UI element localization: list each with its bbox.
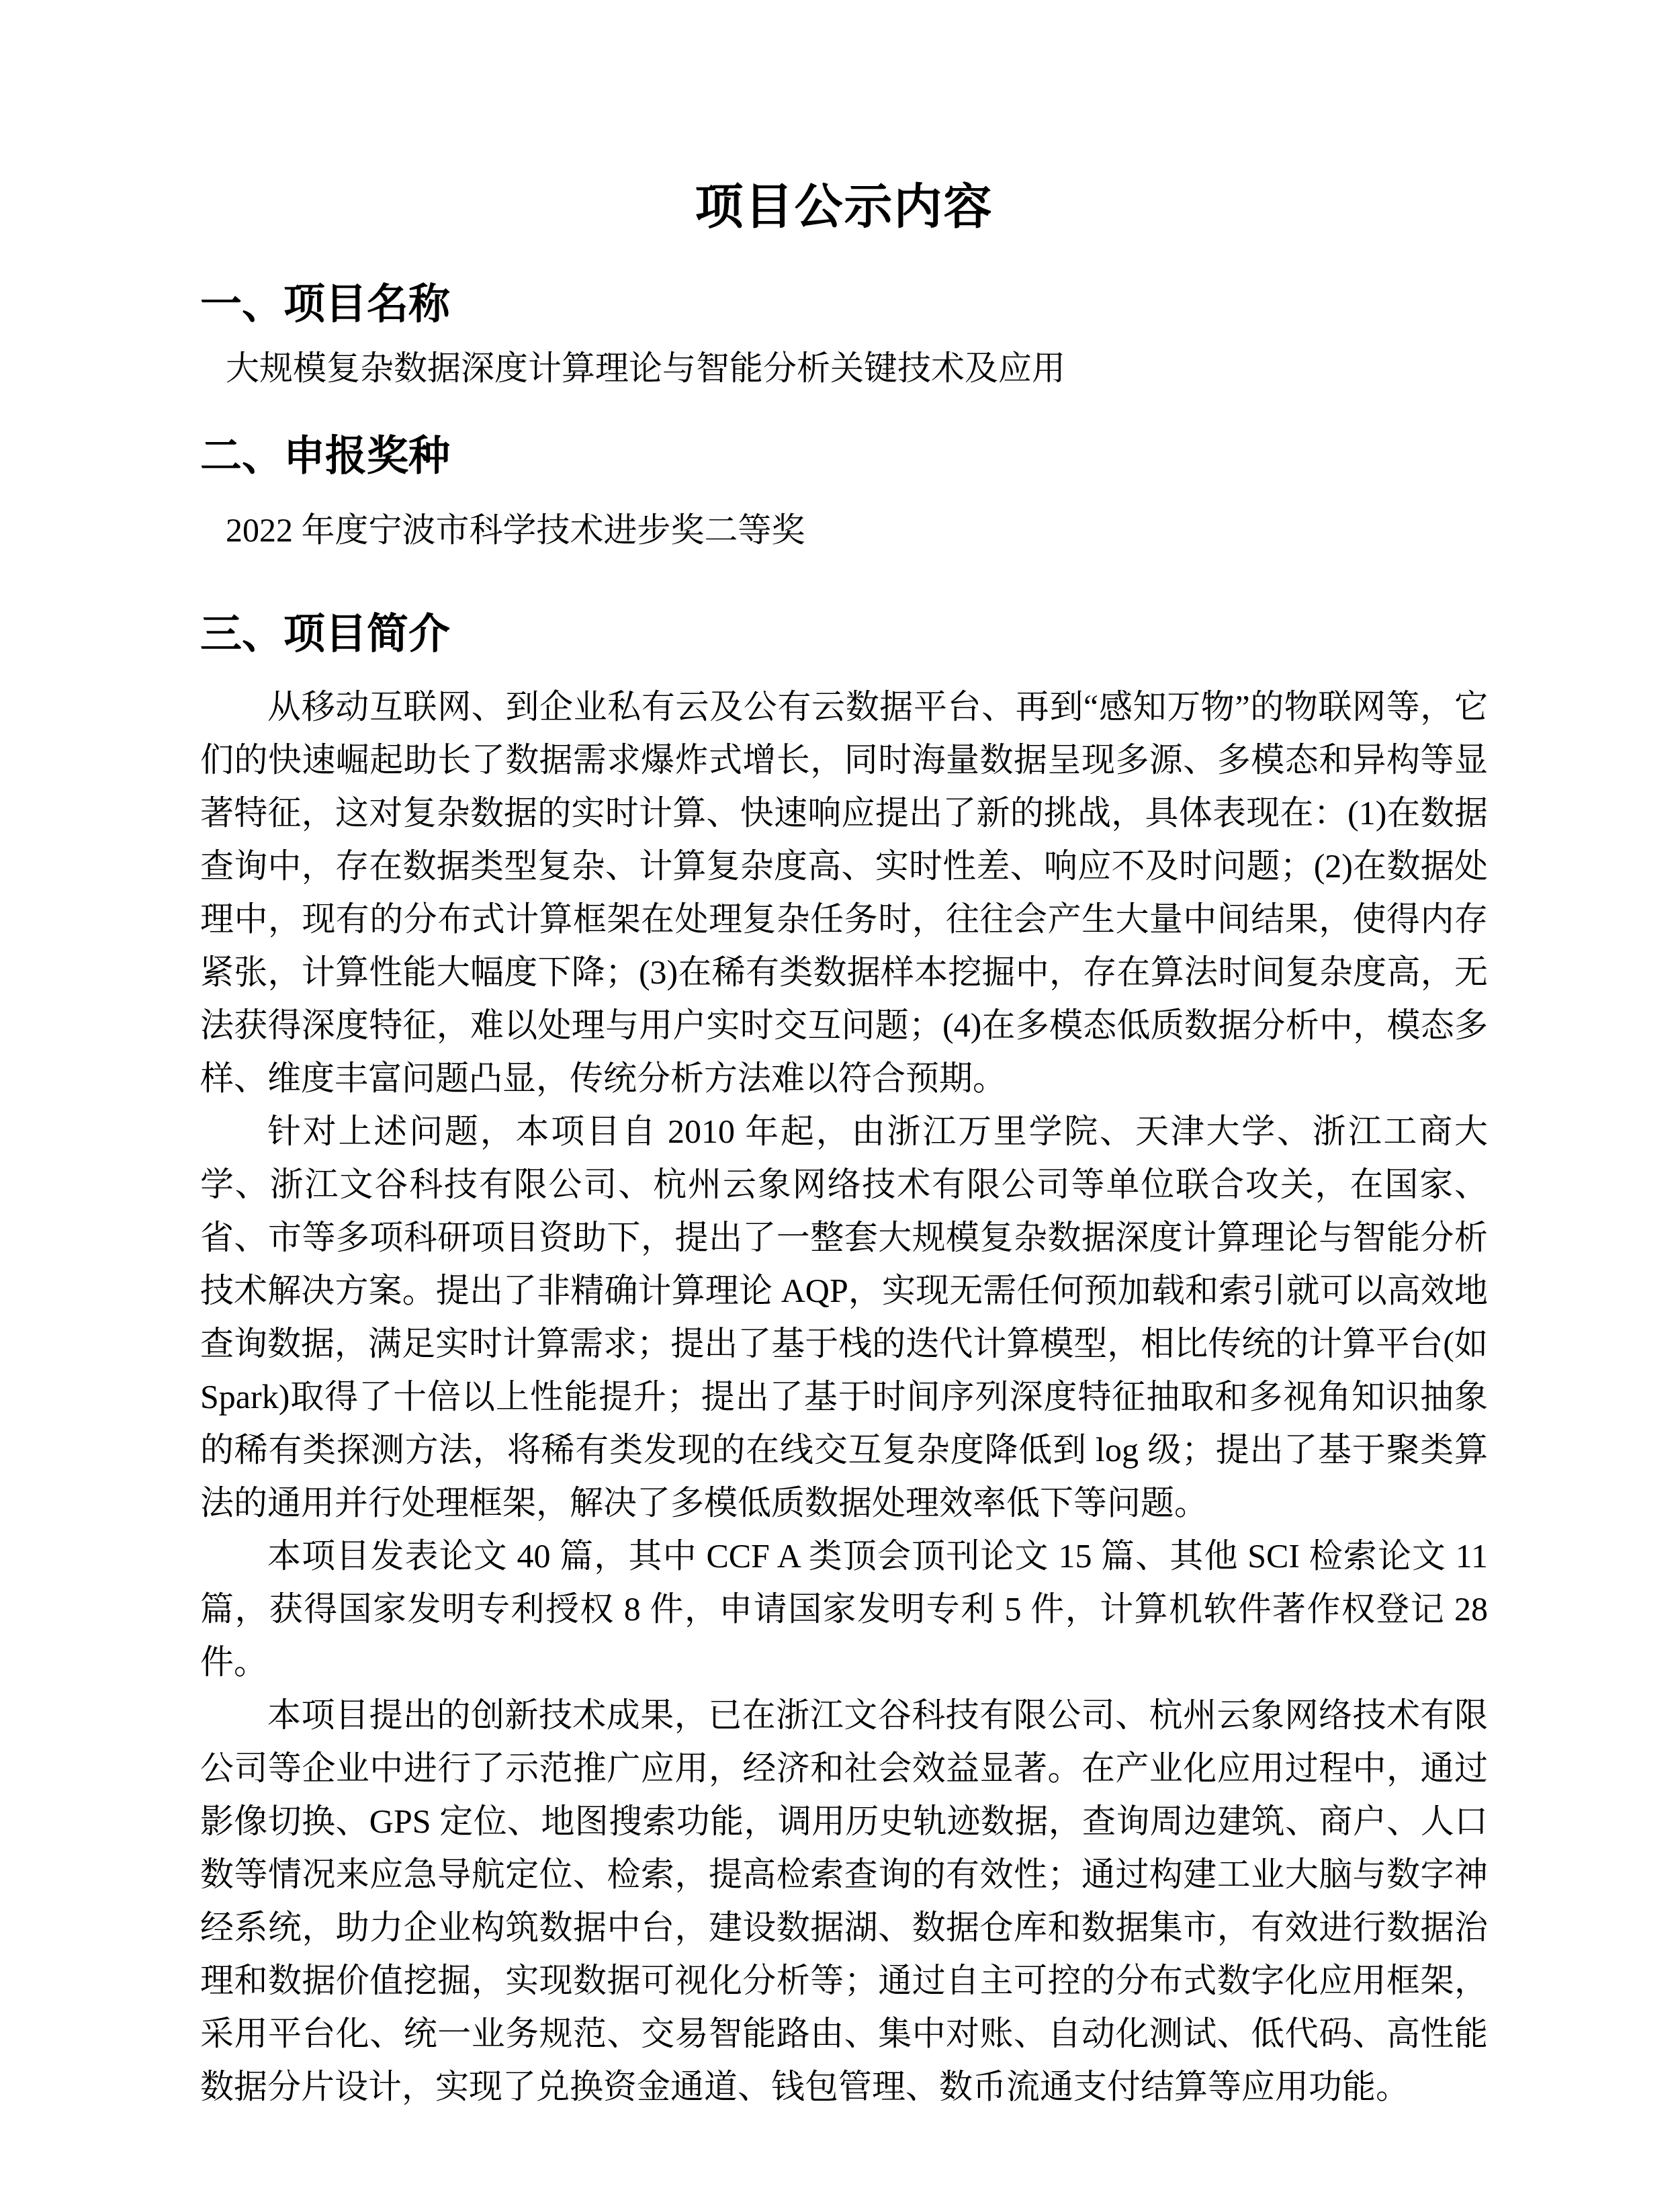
section-heading-project-introduction: 三、项目简介	[200, 605, 1488, 664]
intro-paragraph-publications: 本项目发表论文 40 篇，其中 CCF A 类顶会顶刊论文 15 篇、其他 SC…	[200, 1530, 1488, 1689]
section-heading-award-category: 二、申报奖种	[200, 427, 1488, 486]
section-heading-project-name: 一、项目名称	[200, 275, 1488, 335]
document-content: 项目公示内容 一、项目名称 大规模复杂数据深度计算理论与智能分析关键技术及应用 …	[0, 0, 1680, 2186]
intro-paragraph-background: 从移动互联网、到企业私有云及公有云数据平台、再到“感知万物”的物联网等，它们的快…	[200, 681, 1488, 1105]
document-title: 项目公示内容	[200, 0, 1488, 241]
award-category-text: 2022 年度宁波市科学技术进步奖二等奖	[200, 503, 1488, 557]
intro-paragraph-solution: 针对上述问题，本项目自 2010 年起，由浙江万里学院、天津大学、浙江工商大学、…	[200, 1105, 1488, 1530]
project-name-text: 大规模复杂数据深度计算理论与智能分析关键技术及应用	[200, 341, 1488, 395]
document-page: 项目公示内容 一、项目名称 大规模复杂数据深度计算理论与智能分析关键技术及应用 …	[0, 0, 1680, 2186]
intro-paragraph-application: 本项目提出的创新技术成果，已在浙江文谷科技有限公司、杭州云象网络技术有限公司等企…	[200, 1689, 1488, 2113]
